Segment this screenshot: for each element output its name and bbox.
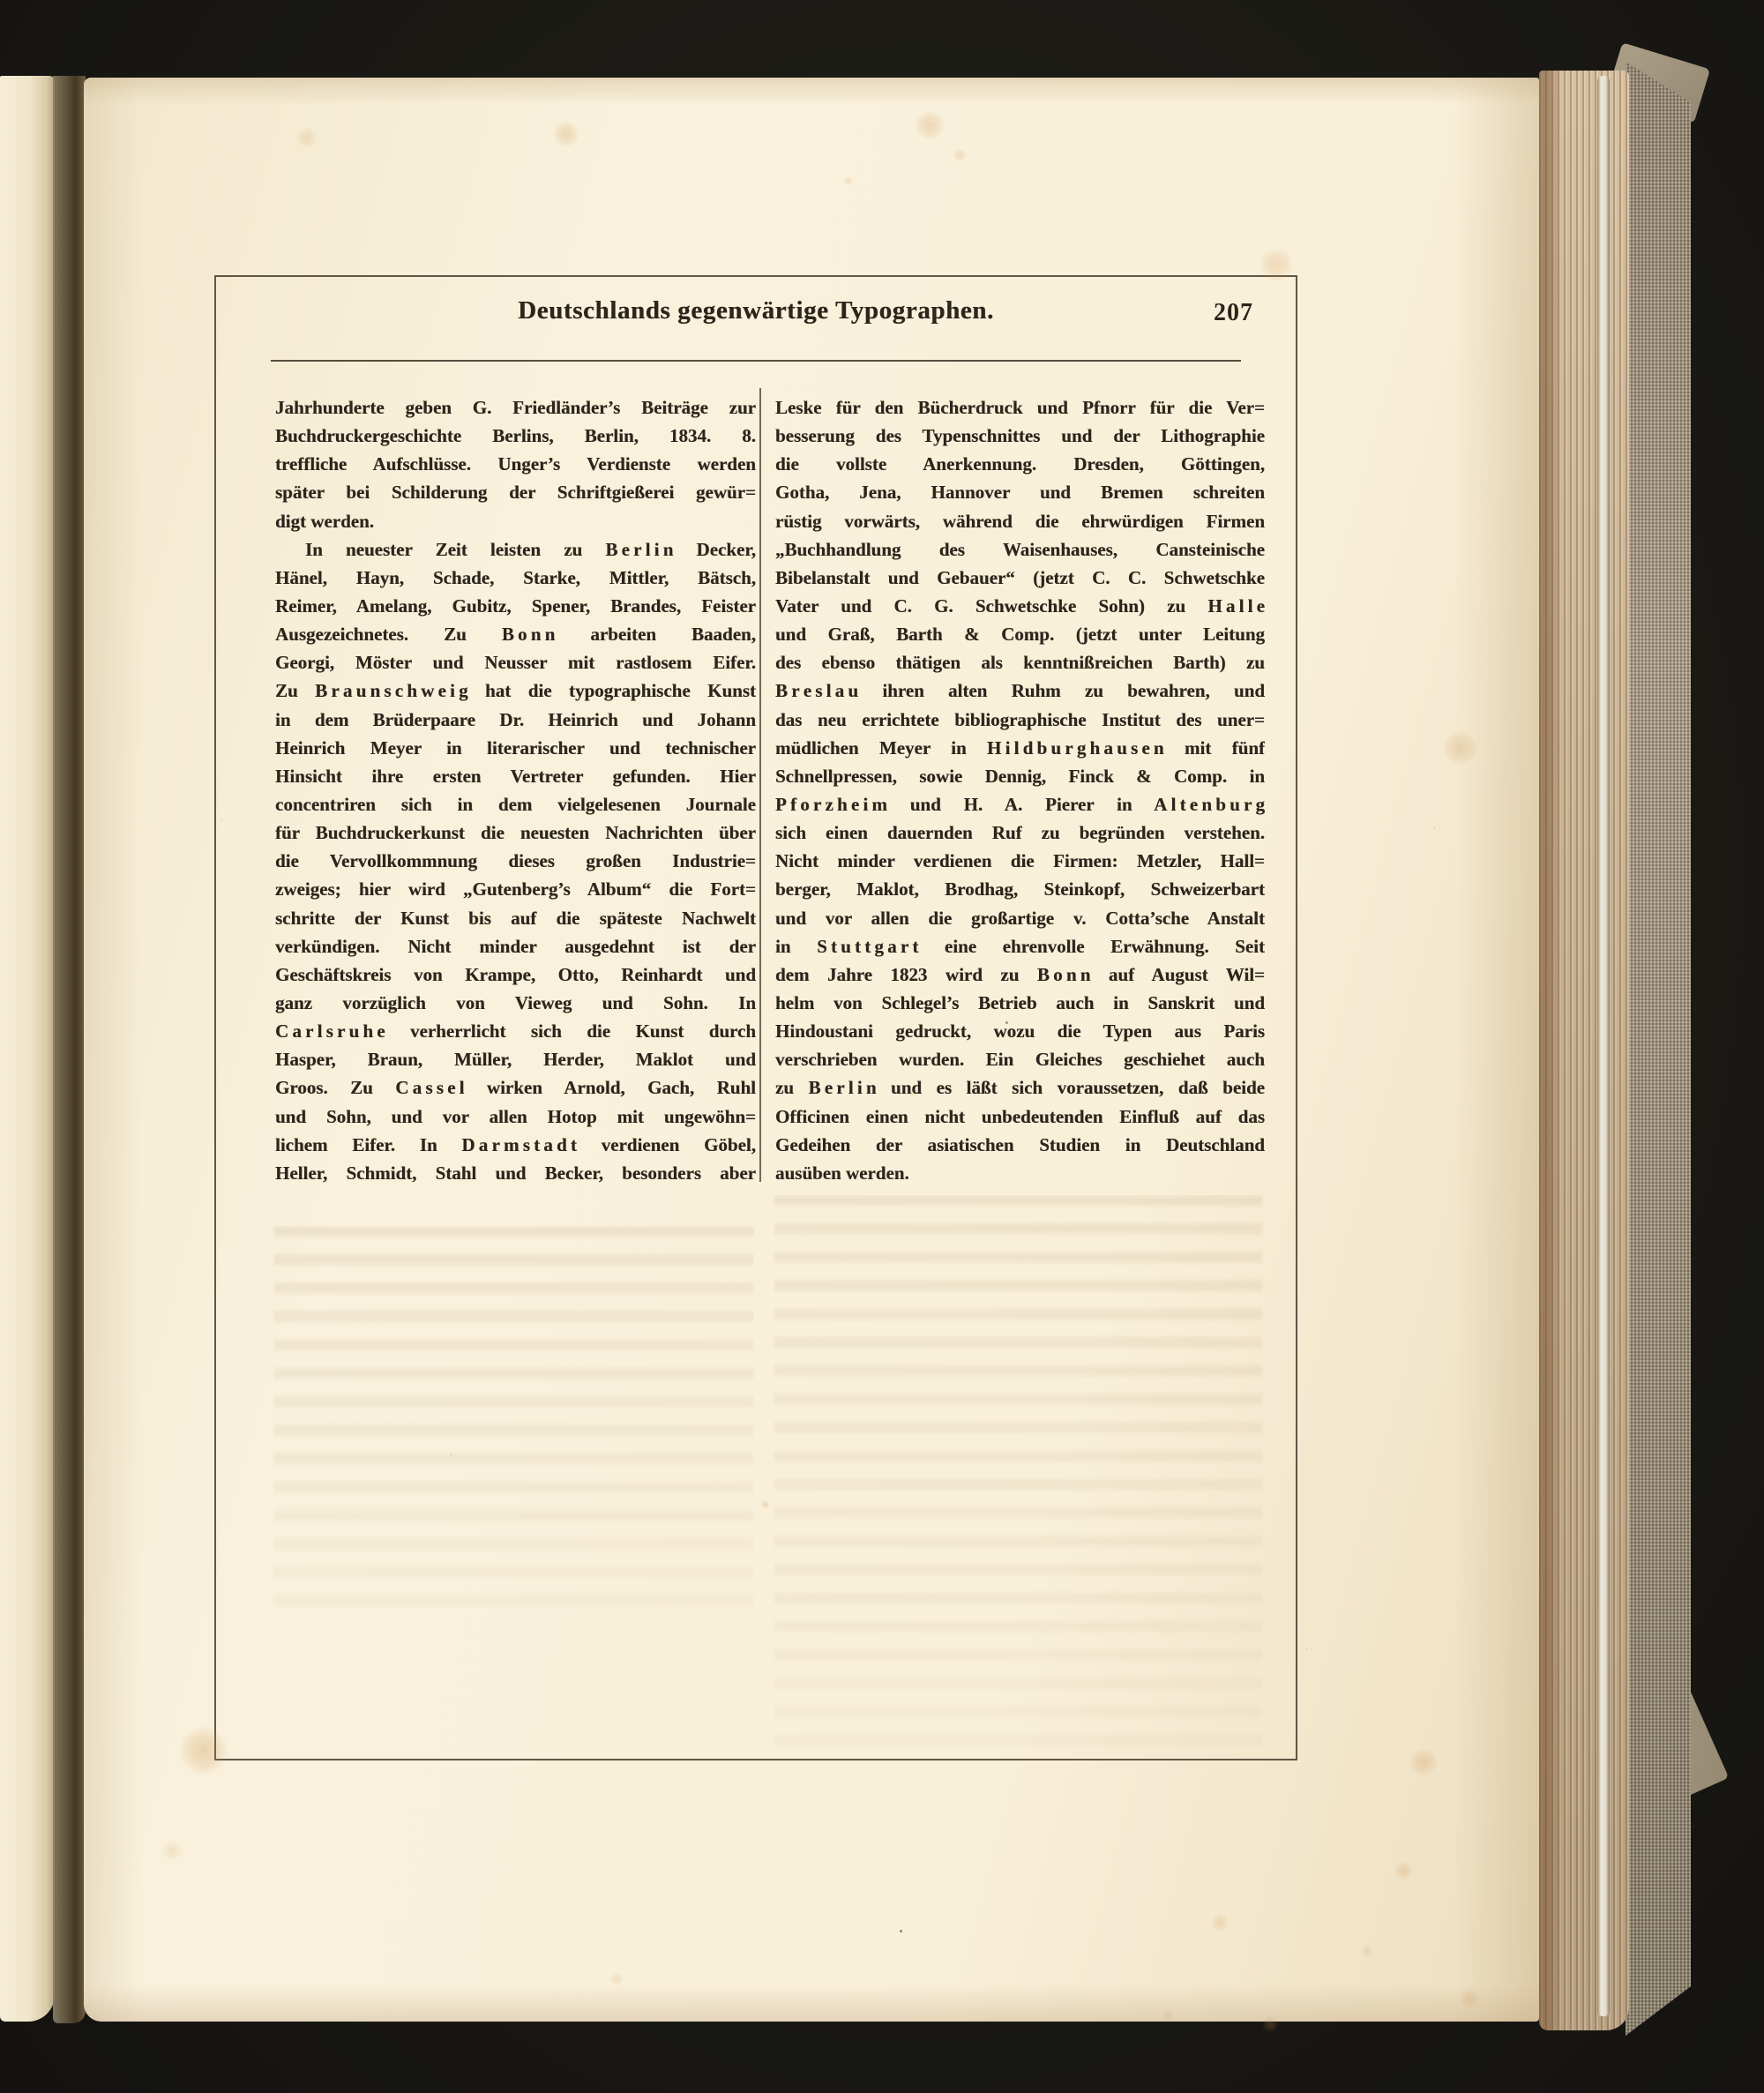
foxing-spot: [1409, 1748, 1438, 1776]
book-page: Deutschlands gegenwärtige Typographen. 2…: [84, 78, 1539, 2022]
text-line: concentriren sich in dem vielgelesenen J…: [275, 790, 756, 819]
foxing-spot: [296, 127, 318, 148]
text-line: ausüben werden.: [775, 1159, 1265, 1187]
cover-cloth: [1626, 62, 1691, 2036]
text-line: Leske für den Bücherdruck und Pfnorr für…: [775, 393, 1265, 422]
text-line: P f o r z h e i m und H. A. Pierer in A …: [775, 790, 1265, 819]
page-stack-edge: [1539, 71, 1629, 2030]
gutter-shadow: [53, 76, 86, 2023]
text-line: des ebenso thätigen als kenntnißreichen …: [775, 648, 1265, 676]
text-line: und vor allen die großartige v. Cotta’sc…: [775, 904, 1265, 932]
header-rule: [271, 360, 1241, 362]
text-line: Hänel, Hayn, Schade, Starke, Mittler, Bä…: [275, 564, 756, 592]
text-line: Officinen einen nicht unbedeutenden Einf…: [775, 1103, 1265, 1131]
text-line: Buchdruckergeschichte Berlins, Berlin, 1…: [275, 422, 756, 450]
text-line: B r e s l a u ihren alten Ruhm zu bewahr…: [775, 676, 1265, 705]
text-line: verkündigen. Nicht minder ausgedehnt ist…: [275, 932, 756, 961]
text-line: Nicht minder verdienen die Firmen: Metzl…: [775, 847, 1265, 875]
text-line: treffliche Aufschlüsse. Unger’s Verdiens…: [275, 450, 756, 478]
text-line: Vater und C. G. Schwetschke Sohn) zu H a…: [775, 592, 1265, 620]
text-line: berger, Maklot, Brodhag, Steinkopf, Schw…: [775, 875, 1265, 903]
text-line: „Buchhandlung des Waisenhauses, Canstein…: [775, 535, 1265, 564]
foxing-spot: [553, 121, 579, 147]
foxing-spot: [1211, 1914, 1229, 1932]
text-line: Ausgezeichnetes. Zu B o n n arbeiten Baa…: [275, 620, 756, 648]
text-line: C a r l s r u h e verherrlicht sich die …: [275, 1017, 756, 1045]
text-line: Heller, Schmidt, Stahl und Becker, beson…: [275, 1159, 756, 1187]
book-photo: Deutschlands gegenwärtige Typographen. 2…: [0, 0, 1764, 2093]
text-line: rüstig vorwärts, während die ehrwürdigen…: [775, 507, 1265, 535]
text-line: Heinrich Meyer in literarischer und tech…: [275, 734, 756, 762]
text-line: Gedeihen der asiatischen Studien in Deut…: [775, 1131, 1265, 1159]
text-line: müdlichen Meyer in H i l d b u r g h a u…: [775, 734, 1265, 762]
text-frame: Deutschlands gegenwärtige Typographen. 2…: [214, 275, 1297, 1760]
text-line: verschrieben wurden. Ein Gleiches geschi…: [775, 1045, 1265, 1073]
text-line: in dem Brüderpaare Dr. Heinrich und Joha…: [275, 706, 756, 734]
text-line: Geschäftskreis von Krampe, Otto, Reinhar…: [275, 961, 756, 989]
foxing-spot: [915, 110, 945, 140]
text-line: digt werden.: [275, 507, 756, 535]
foxing-spot: [953, 148, 967, 162]
text-line: Hasper, Braun, Müller, Herder, Maklot un…: [275, 1045, 756, 1073]
column-divider: [759, 388, 761, 1182]
foxing-spot: [1442, 730, 1477, 766]
text-line: zu B e r l i n und es läßt sich vorausse…: [775, 1073, 1265, 1102]
text-line: lichem Eifer. In D a r m s t a d t verdi…: [275, 1131, 756, 1159]
foxing-spot: [1162, 2009, 1174, 2022]
foxing-spot: [1361, 1945, 1373, 1957]
text-line: und Graß, Barth & Comp. (jetzt unter Lei…: [775, 620, 1265, 648]
text-line: Hinsicht ihre ersten Vertreter gefunden.…: [275, 762, 756, 790]
foxing-spot: [1460, 1989, 1479, 2008]
text-line: Bibelanstalt und Gebauer“ (jetzt C. C. S…: [775, 564, 1265, 592]
text-line: helm von Schlegel’s Betrieb auch in Sans…: [775, 989, 1265, 1017]
text-line: zweiges; hier wird „Gutenberg’s Album“ d…: [275, 875, 756, 903]
text-line: in S t u t t g a r t eine ehrenvolle Erw…: [775, 932, 1265, 961]
page-number: 207: [1214, 299, 1253, 327]
text-line: später bei Schilderung der Schriftgießer…: [275, 478, 756, 506]
text-line: Zu B r a u n s c h w e i g hat die typog…: [275, 676, 756, 705]
text-line: Georgi, Möster und Neusser mit rastlosem…: [275, 648, 756, 676]
text-line: für Buchdruckerkunst die neuesten Nachri…: [275, 819, 756, 847]
text-line: sich einen dauernden Ruf zu begründen ve…: [775, 819, 1265, 847]
foxing-spot: [161, 1840, 183, 1861]
text-line: ganz vorzüglich von Vieweg und Sohn. In: [275, 989, 756, 1017]
text-line: schritte der Kunst bis auf die späteste …: [275, 904, 756, 932]
text-line: die Vervollkommnung dieses großen Indust…: [275, 847, 756, 875]
foxing-spot: [844, 176, 853, 185]
text-line: dem Jahre 1823 wird zu B o n n auf Augus…: [775, 961, 1265, 989]
opposite-page-edge: [0, 76, 55, 2022]
foxing-spot: [609, 1972, 624, 1986]
text-line: besserung des Typenschnittes und der Lit…: [775, 422, 1265, 450]
text-line: und Sohn, und vor allen Hotop mit ungewö…: [275, 1103, 756, 1131]
running-title: Deutschlands gegenwärtige Typographen.: [216, 296, 1296, 325]
paper-specks: [635, 607, 638, 609]
text-line: Schnellpressen, sowie Dennig, Finck & Co…: [775, 762, 1265, 790]
text-line: Gotha, Jena, Hannover und Bremen schreit…: [775, 478, 1265, 506]
text-column-right: Leske für den Bücherdruck und Pfnorr für…: [775, 393, 1265, 1192]
text-line: die vollste Anerkennung. Dresden, Göttin…: [775, 450, 1265, 478]
text-line: das neu errichtete bibliographische Inst…: [775, 706, 1265, 734]
text-line: Groos. Zu C a s s e l wirken Arnold, Gac…: [275, 1073, 756, 1102]
page-stack-light-strip: [1597, 76, 1610, 2016]
text-line: In neuester Zeit leisten zu B e r l i n …: [275, 535, 756, 564]
text-line: Reimer, Amelang, Gubitz, Spener, Brandes…: [275, 592, 756, 620]
text-line: Hindoustani gedruckt, wozu die Typen aus…: [775, 1017, 1265, 1045]
foxing-spot: [1262, 2016, 1278, 2032]
text-column-left: Jahrhunderte geben G. Friedländer’s Beit…: [275, 393, 756, 1192]
foxing-spot: [1394, 1861, 1413, 1880]
text-line: Jahrhunderte geben G. Friedländer’s Beit…: [275, 393, 756, 422]
